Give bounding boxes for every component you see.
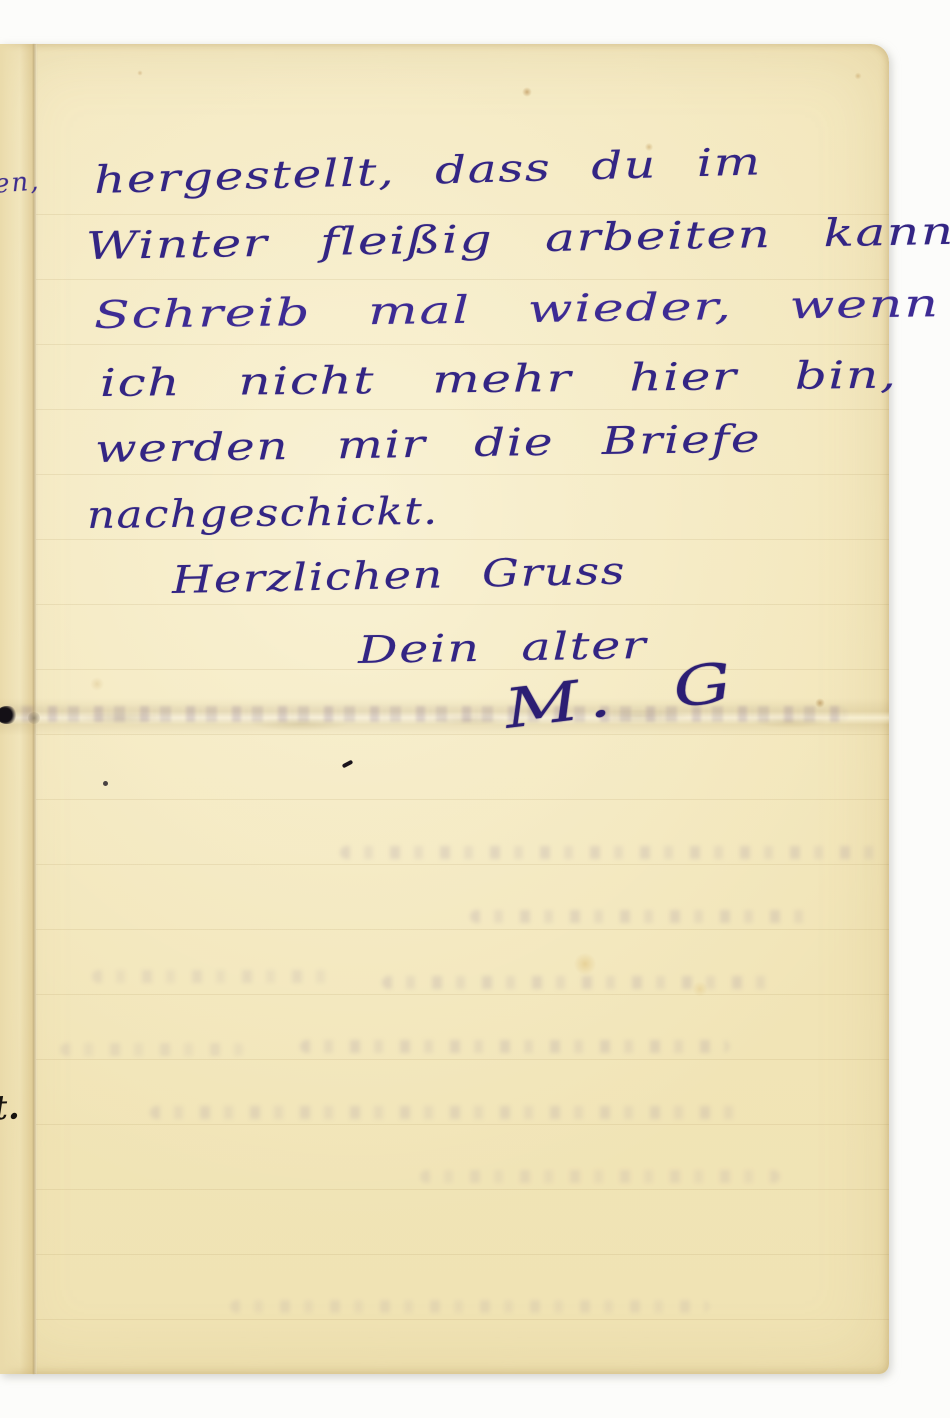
ink-bleed-through-line (150, 1106, 750, 1119)
ink-bleed-through-line (470, 910, 820, 923)
ink-bleed-through-line (382, 976, 782, 989)
ink-bleed-through-line (420, 1170, 780, 1183)
left-page-text-fragment-top: en, (0, 166, 41, 199)
ink-bleed-through-line (230, 1300, 710, 1313)
ink-bleed-through-line (300, 1040, 730, 1053)
handwritten-line-4: ich nicht mehr hier bin, (100, 353, 898, 405)
ink-bleed-through-line (340, 846, 885, 859)
left-page-text-fragment-bottom: t. (0, 1088, 20, 1129)
ink-dot (103, 781, 108, 786)
scanned-letter-photo: hergestellt, dass du im Winter fleißig a… (0, 0, 950, 1418)
ink-bleed-through-line (60, 1043, 245, 1056)
handwritten-line-6: nachgeschickt. (87, 489, 439, 537)
fold-wear-hole (28, 712, 40, 724)
ink-bleed-through-line (92, 970, 332, 983)
